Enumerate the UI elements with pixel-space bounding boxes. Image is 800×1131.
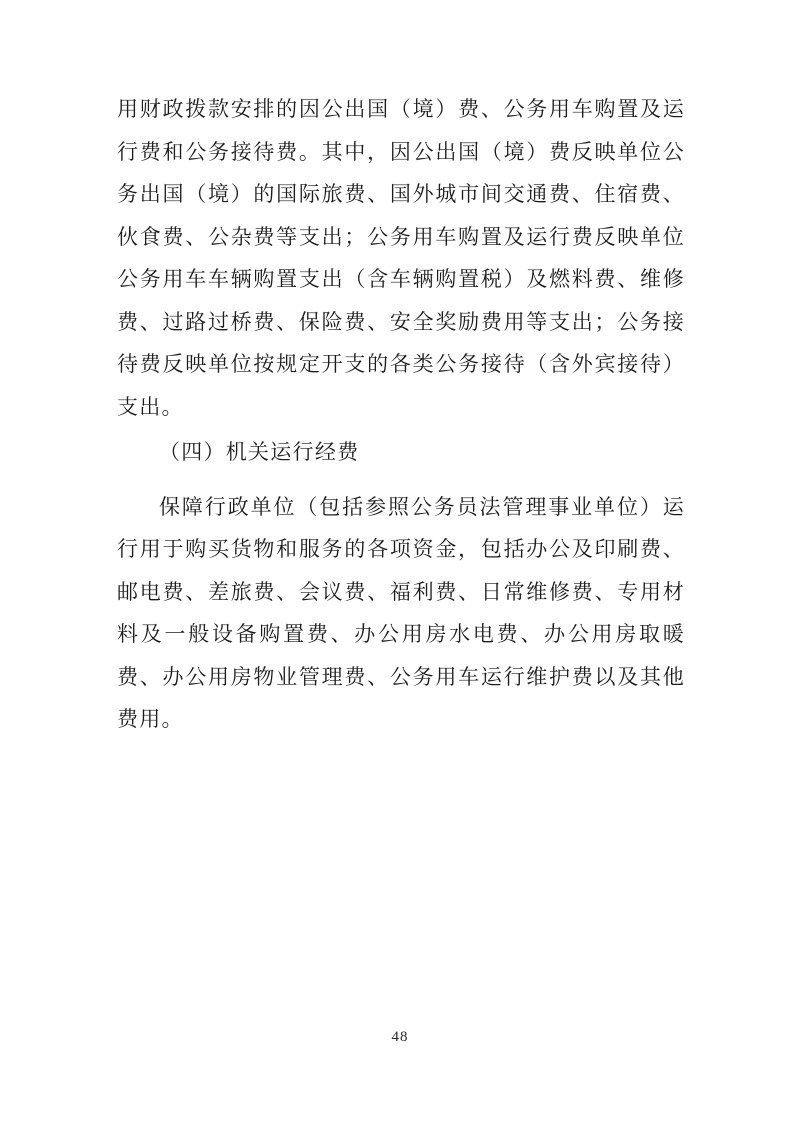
paragraph-three-public-expenses: 用财政拨款安排的因公出国（境）费、公务用车购置及运行费和公务接待费。其中，因公出… xyxy=(117,88,685,428)
document-body: 用财政拨款安排的因公出国（境）费、公务用车购置及运行费和公务接待费。其中，因公出… xyxy=(117,88,685,741)
section-heading-agency-operating-funds: （四）机关运行经费 xyxy=(117,431,685,474)
page-footer: 48 xyxy=(0,1028,800,1046)
paragraph-operating-funds-definition: 保障行政单位（包括参照公务员法管理事业单位）运行用于购买货物和服务的各项资金，包… xyxy=(117,486,685,741)
document-page: 用财政拨款安排的因公出国（境）费、公务用车购置及运行费和公务接待费。其中，因公出… xyxy=(0,0,800,1131)
page-number: 48 xyxy=(392,1029,409,1045)
